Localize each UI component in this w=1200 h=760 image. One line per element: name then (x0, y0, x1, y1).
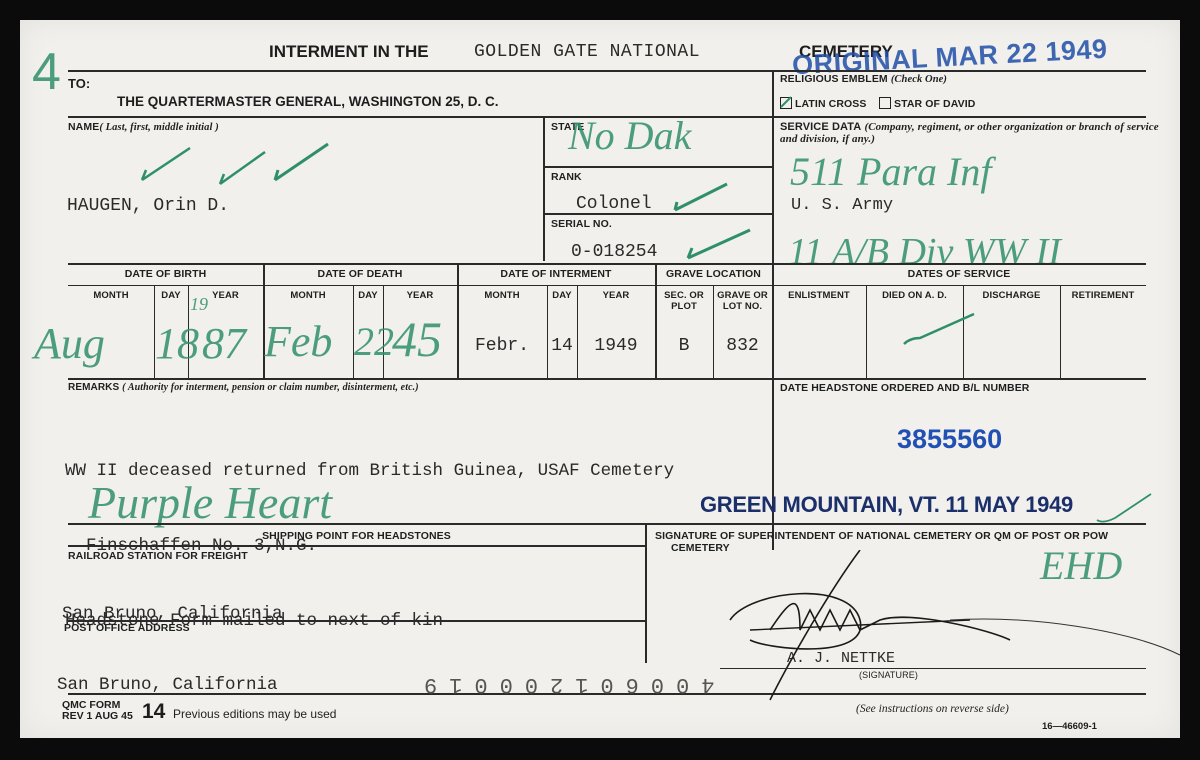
handwritten-birth-month: Aug (34, 318, 105, 369)
death-day-header: DAY (353, 290, 383, 301)
deceased-name: HAUGEN, Orin D. (67, 196, 229, 216)
headstone-ordered-label: DATE HEADSTONE ORDERED AND B/L NUMBER (780, 382, 1030, 394)
divider (457, 265, 459, 378)
retirement-header: RETIREMENT (1060, 290, 1146, 301)
cemetery-name: GOLDEN GATE NATIONAL (474, 42, 700, 62)
section-header: SEC. OR PLOT (655, 290, 713, 312)
interment-month: Febr. (475, 336, 529, 356)
check-icon (900, 310, 980, 350)
rank-label: RANK (551, 171, 582, 183)
divider (645, 523, 647, 663)
checkbox-empty-icon[interactable] (879, 97, 891, 109)
handwritten-birth-century: 19 (190, 294, 208, 315)
signature-line (720, 668, 1146, 669)
instructions-note: (See instructions on reverse side) (856, 703, 1009, 715)
serial-value: 0-018254 (571, 242, 657, 262)
previous-editions-note: Previous editions may be used (173, 707, 336, 721)
print-code: 16—46609-1 (1042, 721, 1097, 732)
railroad-station-label: RAILROAD STATION FOR FREIGHT (68, 550, 248, 562)
divider (68, 285, 1146, 286)
death-month-header: MONTH (263, 290, 353, 301)
date-of-death-header: DATE OF DEATH (263, 268, 457, 280)
service-branch: U. S. Army (791, 196, 893, 215)
form-title-prefix: INTERMENT IN THE (269, 42, 429, 62)
serial-label: SERIAL NO. (551, 218, 612, 230)
divider (543, 116, 545, 261)
green-mountain-stamp: GREEN MOUNTAIN, VT. 11 MAY 1949 (700, 492, 1073, 518)
divider (543, 166, 772, 168)
checkbox-star-of-david[interactable]: STAR OF DAVID (879, 98, 975, 110)
check-icon (680, 226, 760, 266)
remarks-text: WW II deceased returned from British Gui… (65, 409, 674, 684)
divider (68, 378, 1146, 380)
rank-value: Colonel (576, 194, 652, 214)
death-year-header: YEAR (383, 290, 457, 301)
divider (68, 263, 1146, 265)
signature-scrawl-icon (710, 550, 1190, 710)
grave-lot-number: 832 (713, 336, 772, 356)
enlistment-header: ENLISTMENT (772, 290, 866, 301)
post-office-value: San Bruno, California (57, 675, 278, 695)
check-icon (1095, 490, 1155, 526)
discharge-header: DISCHARGE (963, 290, 1060, 301)
handwritten-service-unit: 511 Para Inf (790, 148, 991, 195)
grave-section: B (655, 336, 713, 356)
divider (68, 70, 1146, 72)
shipping-point-header: SHIPPING POINT FOR HEADSTONES (68, 530, 645, 542)
birth-day-header: DAY (154, 290, 188, 301)
form-number: 14 (142, 700, 165, 724)
interment-year-header: YEAR (577, 290, 655, 301)
handwritten-death-day: 22 (354, 318, 394, 365)
divider (543, 213, 772, 215)
handwritten-checkmarks-icon (130, 132, 350, 192)
date-of-interment-header: DATE OF INTERMENT (457, 268, 655, 280)
post-office-label: POST OFFICE ADDRESS (64, 622, 190, 634)
grave-location-header: GRAVE LOCATION (655, 268, 772, 280)
signature-caption: (SIGNATURE) (859, 670, 918, 680)
interment-month-header: MONTH (457, 290, 547, 301)
signer-typed-name: A. J. NETTKE (787, 650, 895, 667)
lot-header: GRAVE OR LOT NO. (713, 290, 772, 312)
divider (68, 545, 645, 547)
date-of-birth-header: DATE OF BIRTH (68, 268, 263, 280)
checkbox-latin-cross[interactable]: LATIN CROSS (780, 98, 867, 110)
handwritten-purple-heart: Purple Heart (88, 476, 332, 529)
bl-number-stamp: 3855560 (897, 424, 1002, 455)
divider (655, 265, 657, 378)
to-label: TO: (68, 76, 90, 91)
checkbox-checked-icon[interactable] (780, 97, 792, 109)
religious-emblem-label: RELIGIOUS EMBLEM (Check One) (780, 73, 947, 85)
serial-number-stamp: 400601200019 (412, 672, 714, 697)
divider (772, 70, 774, 550)
handwritten-death-month: Feb (264, 316, 332, 367)
handwritten-birth-year: 87 (202, 318, 246, 369)
dates-of-service-header: DATES OF SERVICE (772, 268, 1146, 280)
interment-form-card: 4 INTERMENT IN THE GOLDEN GATE NATIONAL … (20, 20, 1180, 738)
remarks-label: REMARKS ( Authority for interment, pensi… (68, 382, 419, 393)
birth-month-header: MONTH (68, 290, 154, 301)
handwritten-death-year: 45 (392, 310, 442, 368)
interment-day: 14 (547, 336, 577, 356)
divider (68, 523, 1146, 525)
interment-year: 1949 (577, 336, 655, 356)
service-data-label: SERVICE DATA (Company, regiment, or othe… (780, 121, 1160, 145)
died-on-ad-header: DIED ON A. D. (866, 290, 963, 301)
addressee: THE QUARTERMASTER GENERAL, WASHINGTON 25… (117, 94, 499, 109)
interment-day-header: DAY (547, 290, 577, 301)
handwritten-birth-day: 18 (155, 318, 199, 369)
handwritten-state: No Dak (568, 112, 691, 159)
handwritten-page-number: 4 (32, 42, 61, 102)
form-id: QMC FORM REV 1 AUG 45 (62, 700, 133, 722)
